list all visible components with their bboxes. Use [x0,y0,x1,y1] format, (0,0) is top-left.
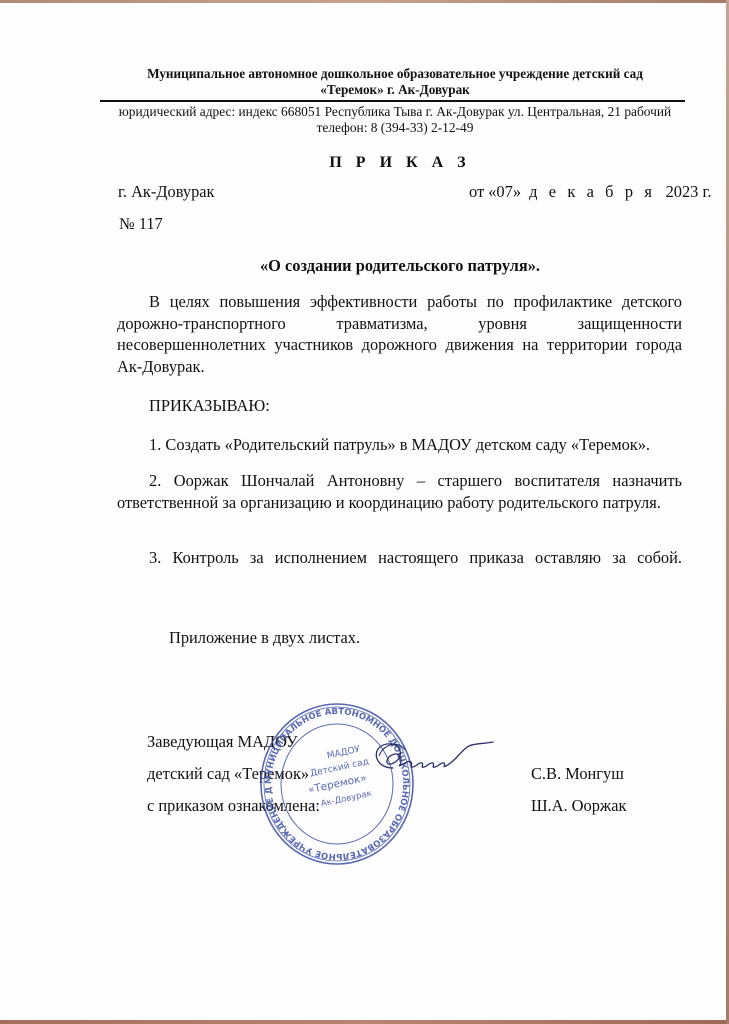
scan-edge-bottom [0,1020,729,1024]
legal-address-line2: телефон: 8 (394-33) 2-12-49 [100,120,690,136]
official-stamp-icon: МУНИЦИПАЛЬНОЕ АВТОНОМНОЕ ДОШКОЛЬНОЕ ОБРА… [258,700,416,868]
scan-edge-top [0,0,729,3]
order-word: ПРИКАЗЫВАЮ: [149,396,270,416]
org-name-line1: Муниципальное автономное дошкольное обра… [100,66,690,82]
preamble-text: В целях повышения эффективности работы п… [117,292,682,376]
date-month: д е к а б р я [529,182,655,201]
document-subject: «О создании родительского патруля». [100,256,700,276]
attachment-note: Приложение в двух листах. [169,628,360,648]
document-city: г. Ак-Довурак [118,182,215,202]
date-year: 2023 г. [666,182,712,201]
order-item-1: 1. Создать «Родительский патруль» в МАДО… [117,434,682,456]
document-type-title: П Р И К А З [100,154,700,172]
head-name: С.В. Монгуш [531,764,624,784]
header-divider [100,100,685,102]
signature-scribble-icon [365,738,495,783]
acknowledger-name: Ш.А. Ооржак [531,796,626,816]
document-date: от «07» д е к а б р я 2023 г. [469,182,711,202]
legal-address-line1: юридический адрес: индекс 668051 Республ… [100,104,690,120]
preamble-paragraph: В целях повышения эффективности работы п… [117,291,682,377]
document-number: № 117 [119,214,163,234]
order-item-2: 2. Ооржак Шончалай Антоновну – старшего … [117,470,682,513]
date-day: от «07» [469,182,521,201]
order-item-3: 3. Контроль за исполнением настоящего пр… [117,547,682,569]
org-name-line2: «Теремок» г. Ак-Довурак [100,82,690,98]
